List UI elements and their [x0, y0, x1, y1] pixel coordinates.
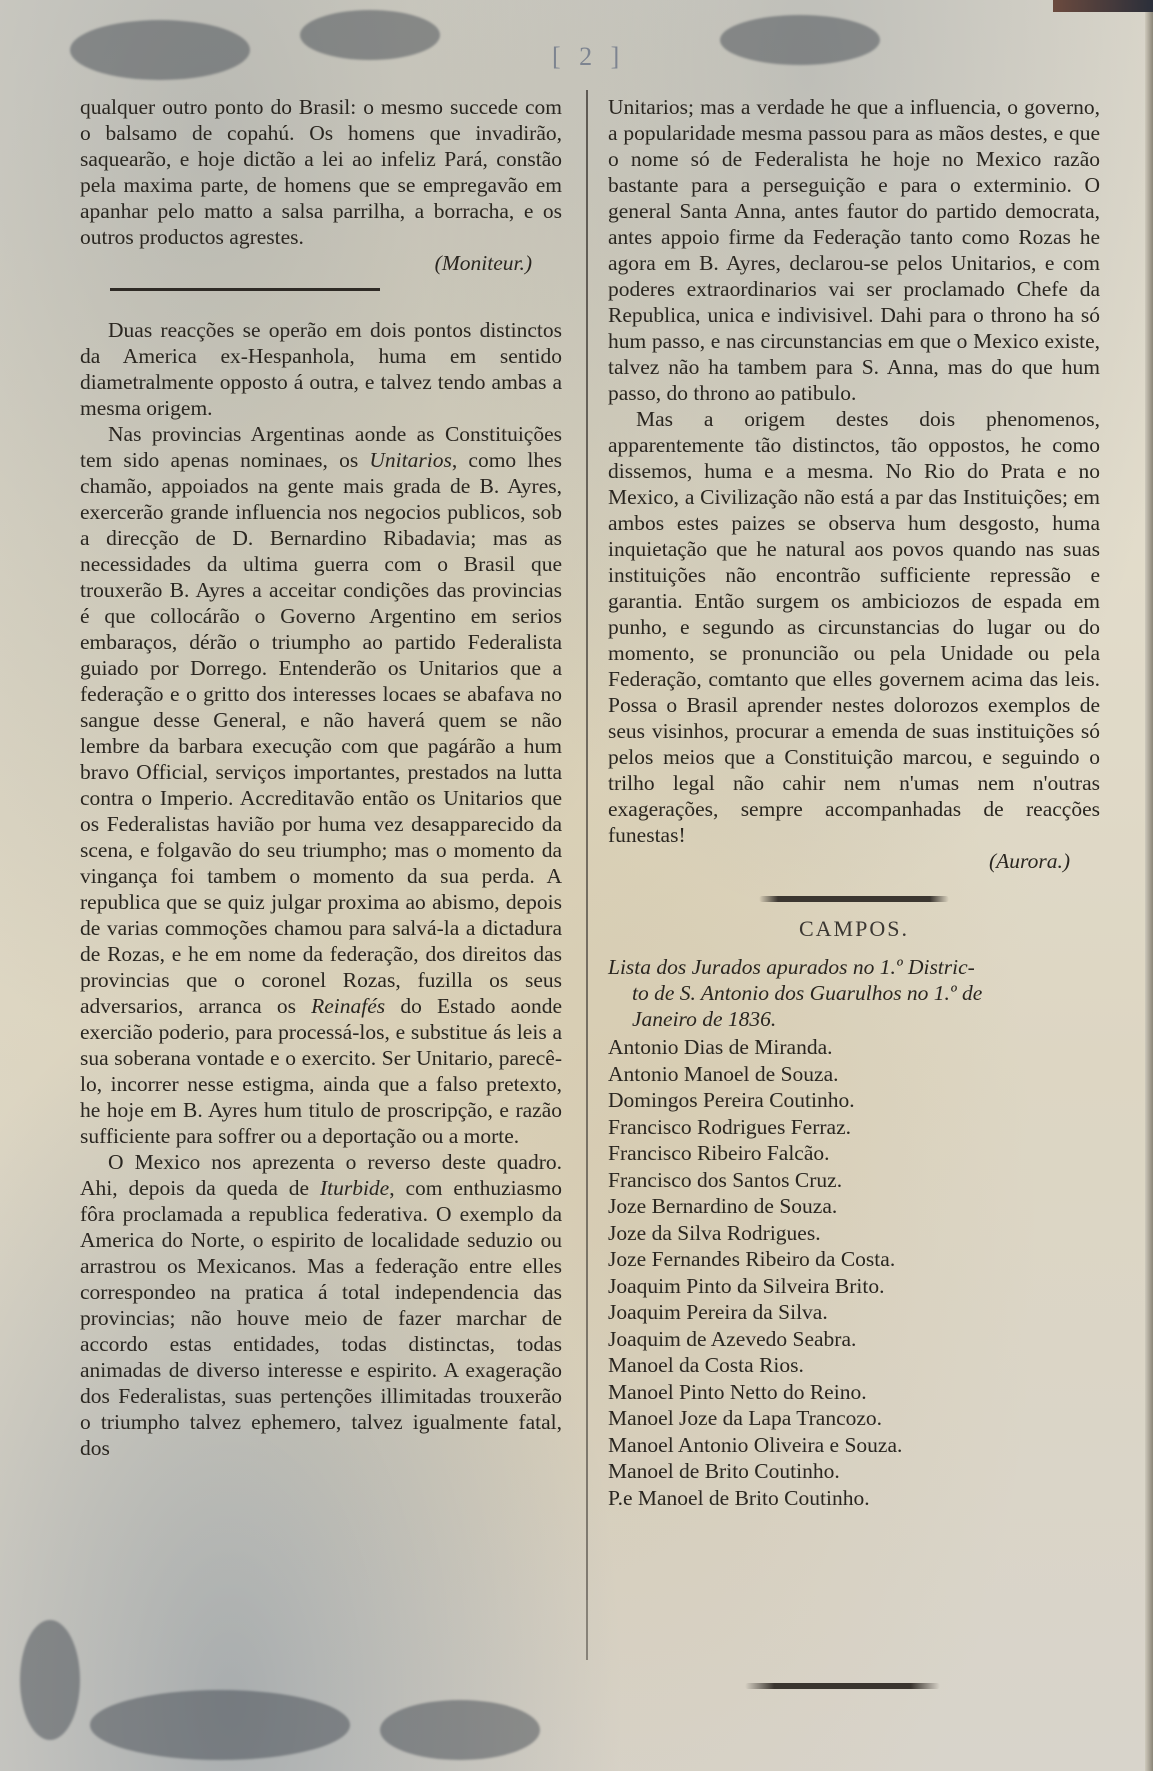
water-stain: [300, 10, 440, 60]
juror-name: Domingos Pereira Coutinho.: [608, 1087, 1100, 1114]
article-paragraph: O Mexico nos aprezenta o reverso deste q…: [80, 1149, 562, 1461]
juror-list-caption: Lista dos Jurados apurados no 1.º Distri…: [608, 954, 1100, 1032]
article-paragraph: Mas a origem destes dois phenomenos, app…: [608, 406, 1100, 848]
italic-term: Unitarios: [369, 448, 451, 472]
section-title: CAMPOS.: [608, 916, 1100, 942]
article-fragment: qualquer outro ponto do Brasil: o mesmo …: [80, 94, 562, 250]
juror-name: Antonio Dias de Miranda.: [608, 1034, 1100, 1061]
water-stain: [720, 15, 880, 65]
caption-line: Lista dos Jurados apurados no 1.º Distri…: [608, 955, 975, 979]
article-paragraph: Duas reacções se operão em dois pontos d…: [80, 317, 562, 421]
juror-list: Antonio Dias de Miranda. Antonio Manoel …: [608, 1034, 1100, 1511]
juror-name: Joze da Silva Rodrigues.: [608, 1220, 1100, 1247]
juror-name: Francisco Ribeiro Falcão.: [608, 1140, 1100, 1167]
water-stain: [90, 1690, 350, 1760]
juror-name: Manoel Joze da Lapa Trancozo.: [608, 1405, 1100, 1432]
article-continuation: Unitarios; mas a verdade he que a influe…: [608, 94, 1100, 406]
text-run: , com enthuziasmo fôra proclamada a repu…: [80, 1176, 562, 1460]
text-run: , como lhes chamão, appoiados na gente m…: [80, 448, 562, 1018]
end-ornament: [745, 1683, 940, 1689]
juror-name: Manoel da Costa Rios.: [608, 1352, 1100, 1379]
page-number: [ 2 ]: [552, 42, 625, 72]
source-attribution: (Aurora.): [608, 848, 1100, 874]
juror-name: Francisco dos Santos Cruz.: [608, 1167, 1100, 1194]
juror-name: Joaquim Pinto da Silveira Brito.: [608, 1273, 1100, 1300]
caption-line: Janeiro de 1836.: [608, 1006, 1100, 1032]
juror-name: Manoel Pinto Netto do Reino.: [608, 1379, 1100, 1406]
juror-name: Joze Fernandes Ribeiro da Costa.: [608, 1246, 1100, 1273]
juror-name: Joaquim Pereira da Silva.: [608, 1299, 1100, 1326]
water-stain: [20, 1620, 80, 1740]
juror-name: Joze Bernardino de Souza.: [608, 1193, 1100, 1220]
scan-edge-strip: [1053, 0, 1153, 12]
source-attribution: (Moniteur.): [80, 250, 562, 276]
page-edge-shadow: [1145, 12, 1153, 1771]
section-divider-rule: [110, 288, 380, 291]
newspaper-page: [ 2 ] qualquer outro ponto do Brasil: o …: [0, 0, 1153, 1771]
article-paragraph: Nas provincias Argentinas aonde as Const…: [80, 421, 562, 1149]
italic-term: Iturbide: [320, 1176, 389, 1200]
juror-name: P.e Manoel de Brito Coutinho.: [608, 1485, 1100, 1512]
column-divider: [586, 1600, 588, 1660]
ornament-divider: [759, 896, 949, 902]
italic-term: Reinafés: [311, 994, 385, 1018]
juror-name: Joaquim de Azevedo Seabra.: [608, 1326, 1100, 1353]
juror-name: Manoel Antonio Oliveira e Souza.: [608, 1432, 1100, 1459]
right-column: Unitarios; mas a verdade he que a influe…: [608, 94, 1100, 1511]
water-stain: [380, 1700, 540, 1760]
juror-name: Antonio Manoel de Souza.: [608, 1061, 1100, 1088]
left-column: qualquer outro ponto do Brasil: o mesmo …: [80, 94, 562, 1461]
juror-name: Francisco Rodrigues Ferraz.: [608, 1114, 1100, 1141]
water-stain: [70, 20, 250, 80]
column-divider: [586, 90, 588, 1600]
caption-line: to de S. Antonio dos Guarulhos no 1.º de: [608, 980, 1100, 1006]
juror-name: Manoel de Brito Coutinho.: [608, 1458, 1100, 1485]
